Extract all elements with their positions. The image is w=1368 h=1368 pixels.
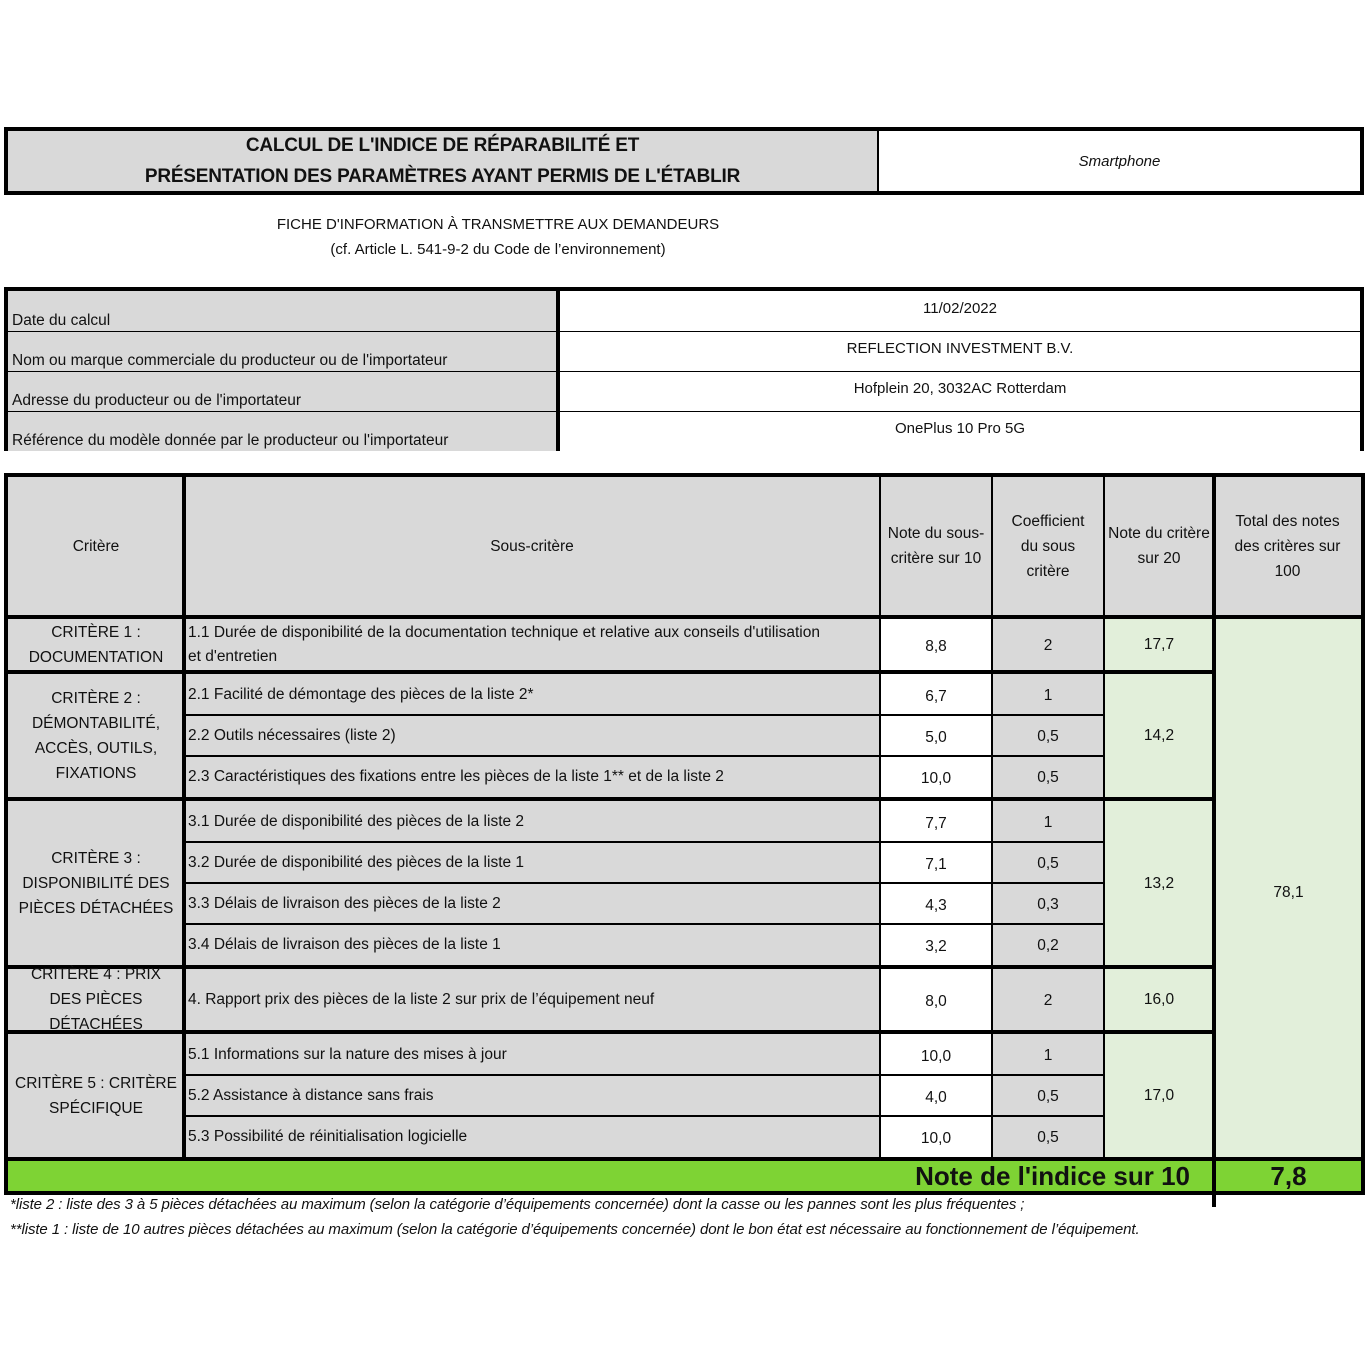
header-coefficient: Coefficient du sous critère xyxy=(992,477,1104,615)
table-rule xyxy=(1212,477,1216,1207)
subcriterion-label: 1.1 Durée de disponibilité de la documen… xyxy=(186,619,880,670)
subcriterion-coefficient: 0,5 xyxy=(992,842,1104,883)
subcriterion-label: 3.2 Durée de disponibilité des pièces de… xyxy=(186,842,880,883)
info-label: Adresse du producteur ou de l'importateu… xyxy=(8,372,556,411)
table-rule xyxy=(182,477,186,1157)
subcriterion-score: 8,8 xyxy=(880,619,992,670)
footnote-liste-1: **liste 1 : liste de 10 autres pièces dé… xyxy=(10,1221,1140,1238)
info-label: Date du calcul xyxy=(8,291,556,331)
subcriterion-coefficient: 1 xyxy=(992,801,1104,842)
info-row-model-reference: Référence du modèle donnée par le produc… xyxy=(8,411,1360,451)
criterion-label: CRITÈRE 4 : PRIX DES PIÈCES DÉTACHÉES xyxy=(8,969,184,1030)
subcriterion-label: 3.1 Durée de disponibilité des pièces de… xyxy=(186,801,880,842)
subcriterion-coefficient: 0,5 xyxy=(992,756,1104,797)
repairability-score-table: CritèreSous-critèreNote du sous-critère … xyxy=(4,473,1365,1195)
subtitle-line-2: (cf. Article L. 541-9-2 du Code de l’env… xyxy=(0,241,996,258)
subcriterion-coefficient: 1 xyxy=(992,674,1104,715)
header-critere: Critère xyxy=(8,477,184,615)
criterion-label: CRITÈRE 2 : DÉMONTABILITÉ, ACCÈS, OUTILS… xyxy=(8,674,184,797)
subcriterion-coefficient: 0,2 xyxy=(992,924,1104,965)
subcriterion-coefficient: 0,5 xyxy=(992,1116,1104,1157)
subcriterion-score: 10,0 xyxy=(880,1034,992,1075)
subcriterion-score: 5,0 xyxy=(880,715,992,756)
subcriterion-label: 2.2 Outils nécessaires (liste 2) xyxy=(186,715,880,756)
subcriterion-coefficient: 0,5 xyxy=(992,715,1104,756)
header-total-100: Total des notes des critères sur 100 xyxy=(1214,477,1361,615)
criterion-label: CRITÈRE 1 : DOCUMENTATION xyxy=(8,619,184,670)
criterion-label: CRITÈRE 5 : CRITÈRE SPÉCIFIQUE xyxy=(8,1034,184,1157)
subcriterion-coefficient: 0,3 xyxy=(992,883,1104,924)
subcriterion-label: 2.1 Facilité de démontage des pièces de … xyxy=(186,674,880,715)
subcriterion-label: 3.3 Délais de livraison des pièces de la… xyxy=(186,883,880,924)
title-line-2: PRÉSENTATION DES PARAMÈTRES AYANT PERMIS… xyxy=(145,161,740,192)
table-rule xyxy=(184,755,1104,757)
header-note-sous-critere: Note du sous-critère sur 10 xyxy=(880,477,992,615)
info-label: Nom ou marque commerciale du producteur … xyxy=(8,332,556,371)
subcriterion-label: 3.4 Délais de livraison des pièces de la… xyxy=(186,924,880,965)
table-rule xyxy=(1103,477,1105,1157)
subcriterion-label: 5.3 Possibilité de réinitialisation logi… xyxy=(186,1116,880,1157)
criterion-score-20: 17,7 xyxy=(1104,619,1214,670)
criterion-score-20: 14,2 xyxy=(1104,674,1214,797)
table-rule xyxy=(879,477,881,1157)
subcriterion-score: 7,1 xyxy=(880,842,992,883)
subcriterion-coefficient: 1 xyxy=(992,1034,1104,1075)
table-rule xyxy=(184,923,1104,925)
subcriterion-score: 10,0 xyxy=(880,1116,992,1157)
header-sous-critere: Sous-critère xyxy=(184,477,880,615)
subcriterion-coefficient: 0,5 xyxy=(992,1075,1104,1116)
subcriterion-score: 10,0 xyxy=(880,756,992,797)
info-value: REFLECTION INVESTMENT B.V. xyxy=(556,332,1360,371)
info-row-address: Adresse du producteur ou de l'importateu… xyxy=(8,371,1360,411)
table-rule xyxy=(184,1074,1104,1076)
subcriterion-score: 3,2 xyxy=(880,924,992,965)
table-rule xyxy=(184,841,1104,843)
subcriterion-coefficient: 2 xyxy=(992,619,1104,670)
total-score-100: 78,1 xyxy=(1216,619,1361,1157)
table-rule xyxy=(8,615,1361,619)
subcriterion-label: 5.1 Informations sur la nature des mises… xyxy=(186,1034,880,1075)
producer-info-table: Date du calcul 11/02/2022 Nom ou marque … xyxy=(4,287,1364,451)
title-line-1: CALCUL DE L'INDICE DE RÉPARABILITÉ ET xyxy=(246,130,639,161)
info-row-date: Date du calcul 11/02/2022 xyxy=(8,291,1360,331)
criterion-score-20: 13,2 xyxy=(1104,801,1214,965)
subtitle-line-1: FICHE D'INFORMATION À TRANSMETTRE AUX DE… xyxy=(0,216,996,233)
info-label: Référence du modèle donnée par le produc… xyxy=(8,412,556,451)
subcriterion-score: 8,0 xyxy=(880,969,992,1030)
info-value: OnePlus 10 Pro 5G xyxy=(556,412,1360,451)
table-rule xyxy=(184,714,1104,716)
header-note-critere: Note du critère sur 20 xyxy=(1104,477,1214,615)
table-rule xyxy=(184,882,1104,884)
index-label: Note de l'indice sur 10 xyxy=(8,1161,1212,1191)
info-row-producer-name: Nom ou marque commerciale du producteur … xyxy=(8,331,1360,371)
table-rule xyxy=(184,1115,1104,1117)
info-value: Hofplein 20, 3032AC Rotterdam xyxy=(556,372,1360,411)
table-rule xyxy=(991,477,993,1157)
subcriterion-score: 6,7 xyxy=(880,674,992,715)
criterion-score-20: 17,0 xyxy=(1104,1034,1214,1157)
subcriterion-label: 4. Rapport prix des pièces de la liste 2… xyxy=(186,969,880,1030)
index-score-10: 7,8 xyxy=(1216,1161,1361,1191)
subcriterion-score: 4,3 xyxy=(880,883,992,924)
criterion-score-20: 16,0 xyxy=(1104,969,1214,1030)
subcriterion-coefficient: 2 xyxy=(992,969,1104,1030)
subcriterion-label: 2.3 Caractéristiques des fixations entre… xyxy=(186,756,880,797)
subcriterion-score: 7,7 xyxy=(880,801,992,842)
footnote-liste-2: *liste 2 : liste des 3 à 5 pièces détach… xyxy=(10,1196,1024,1213)
document-title: CALCUL DE L'INDICE DE RÉPARABILITÉ ET PR… xyxy=(4,127,879,195)
subcriterion-label: 5.2 Assistance à distance sans frais xyxy=(186,1075,880,1116)
criterion-label: CRITÈRE 3 : DISPONIBILITÉ DES PIÈCES DÉT… xyxy=(8,801,184,965)
product-category: Smartphone xyxy=(877,127,1364,195)
info-value: 11/02/2022 xyxy=(556,291,1360,331)
subcriterion-score: 4,0 xyxy=(880,1075,992,1116)
